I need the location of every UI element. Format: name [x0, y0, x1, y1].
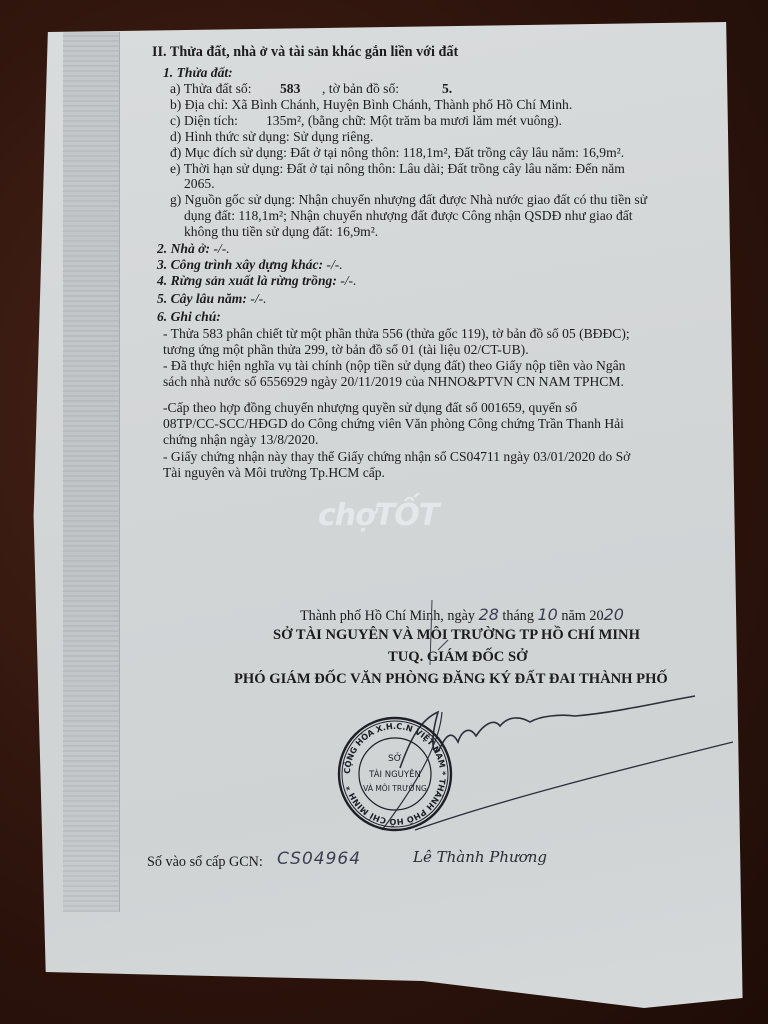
signer-name: Lê Thành Phương: [413, 850, 547, 865]
signature-scribble-icon: [0, 0, 768, 1024]
svg-text:VÀ MÔI TRƯỜNG: VÀ MÔI TRƯỜNG: [363, 784, 427, 793]
svg-text:TÀI NGUYÊN: TÀI NGUYÊN: [368, 768, 421, 780]
svg-text:SỞ: SỞ: [388, 752, 402, 764]
official-seal-icon: CỘNG HÒA X.H.C.N VIỆT NAM * THÀNH PHỐ HỒ…: [336, 715, 454, 833]
registry-label: Số vào sổ cấp GCN:: [147, 855, 263, 870]
document-content: II. Thửa đất, nhà ở và tài sản khác gắn …: [0, 0, 768, 1024]
registry-number: CS04964: [277, 852, 361, 867]
